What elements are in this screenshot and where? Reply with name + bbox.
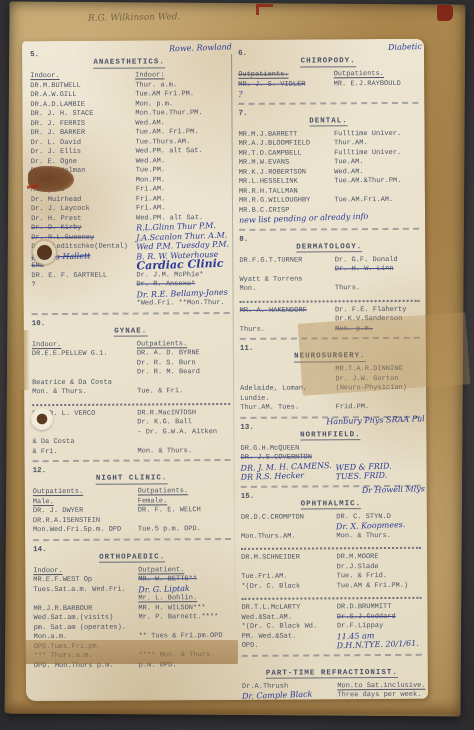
- roster-row: DR R.S. HeckerTUES. FRID.: [241, 472, 421, 483]
- time-cell: Outpatient.: [138, 565, 231, 575]
- section-header: 10.GYNAE.: [32, 318, 230, 337]
- section-number: 6.: [238, 50, 247, 58]
- roster-row: Mon.Wed.Fri.5p.m. OPDTue.5 p.m. OPD.: [33, 525, 231, 536]
- name-cell: DR.T.L.McLARTY: [241, 603, 336, 613]
- time-cell: [334, 186, 419, 196]
- name-cell: MR.L.HESSELINK: [239, 177, 334, 187]
- time-cell: D.H.N.TYE. 20/1/61.: [337, 639, 422, 651]
- name-cell: Outpatients.: [238, 70, 333, 80]
- roster-row: OPD.D.H.N.TYE. 20/1/61.: [242, 641, 422, 652]
- handwritten-note: Diabetic: [388, 42, 422, 52]
- roster-row: Mon. & Thurs.Tue. & Fri.: [32, 387, 230, 398]
- name-cell: MR.M.W.EVANS: [239, 158, 334, 168]
- time-cell: Thur.AM.: [334, 139, 419, 149]
- time-cell: DR. F. E. WELCH: [138, 506, 231, 516]
- handwritten-note: Dr Howell Mlys: [361, 484, 424, 495]
- photo-of-roster-document: { "meta": { "description": "Photograph o…: [0, 0, 474, 730]
- time-cell: Tue.AM.: [334, 158, 419, 168]
- time-cell: Dr. X. Koopmees.: [336, 520, 421, 532]
- column-divider-line: [231, 54, 236, 654]
- section-number: 15.: [241, 492, 255, 500]
- time-cell: [336, 443, 421, 453]
- cardboard-bottom-shadow: [10, 698, 460, 714]
- time-cell: Mr. L. Bohlin.: [138, 594, 231, 604]
- time-cell: Tue.AM.Fri.AM.: [334, 196, 419, 206]
- section-title: ORTHOPAEDIC.: [99, 553, 165, 563]
- time-cell: MR. H. WILSON***: [138, 603, 231, 613]
- time-cell: DR. A. D. BYRNE: [137, 349, 230, 359]
- time-cell: Cardiac Clinic: [136, 259, 229, 271]
- name-cell: *(Dr. C. Black: [241, 582, 336, 592]
- time-cell: Fri.AM.: [136, 185, 229, 195]
- section-title: ANAESTHETICS.: [93, 58, 165, 68]
- time-cell: [138, 622, 231, 632]
- time-cell: Female.: [138, 496, 231, 506]
- time-cell: Outpatients.: [137, 339, 230, 349]
- section-title: CHIROPODY.: [301, 57, 356, 67]
- time-cell: Mr. P. Barnett.****: [138, 613, 231, 623]
- section-title: OPHTHALMIC.: [301, 500, 362, 510]
- time-cell: Tue.5 p.m. OPD.: [138, 525, 231, 535]
- name-cell: ?: [238, 87, 334, 100]
- name-cell: MR.T.D.CAMPBELL: [239, 149, 334, 159]
- torn-edge: [20, 330, 30, 390]
- name-cell: MR.R.G.WILLOUGHBY: [239, 196, 334, 206]
- red-crop-mark-icon: [256, 4, 273, 15]
- roster-row: EMGCardiac Clinic: [31, 261, 229, 272]
- time-cell: Mon. p.m.: [135, 99, 228, 109]
- name-cell: OPD.: [242, 641, 337, 651]
- hole-punch-reinforced: [31, 408, 53, 430]
- section-header: 5.ANAESTHETICS.Rowe. Rowland: [30, 50, 228, 69]
- section-number: 14.: [33, 546, 47, 554]
- time-cell: [334, 89, 419, 99]
- time-cell: [335, 274, 420, 284]
- time-cell: Dr. K.G. Ball: [137, 418, 230, 428]
- name-cell: Lundie.: [240, 394, 335, 404]
- section-number: 8.: [239, 235, 248, 243]
- sticky-tape-patch: [298, 312, 471, 396]
- time-cell: Outpatients.: [334, 70, 419, 80]
- time-cell: Fulltime Univer.: [334, 129, 419, 139]
- roster-section: 10.GYNAE.Indoor.Outpatients.DR.E.E.PELLE…: [32, 318, 231, 462]
- section-header: 12.NIGHT CLINIC.: [33, 466, 231, 485]
- time-cell: Fri.AM.: [136, 204, 229, 214]
- time-cell: Tue.Thurs.AM.: [136, 137, 229, 147]
- time-cell: Mon.to Sat.inclusive.: [337, 681, 425, 691]
- name-cell: Mon.: [239, 284, 334, 294]
- time-cell: Thur. a.m.: [135, 80, 228, 90]
- name-cell: Tue.Fri.AM.: [241, 572, 336, 582]
- section-title: NORTHFIELD.: [300, 431, 361, 441]
- time-cell: [138, 515, 231, 525]
- time-cell: Tue.AM.&Thur.PM.: [334, 177, 419, 187]
- time-cell: [137, 437, 230, 447]
- time-cell: - Dr. G.W.A. Aitken: [137, 427, 230, 437]
- name-cell: DR.D.C.CROMPTON: [241, 513, 336, 523]
- time-cell: DR.M.MOORE: [337, 553, 422, 563]
- roster-column-left: 5.ANAESTHETICS.Rowe. RowlandIndoor.Indoo…: [30, 50, 232, 679]
- roster-row: *(Dr. C. BlackTue.AM & Fri.PM.): [241, 581, 421, 592]
- section-number: 11.: [240, 345, 254, 353]
- section-number: 5.: [30, 51, 39, 59]
- name-cell: PM. Wed.&Sat.: [242, 632, 337, 642]
- time-cell: Tue.AM & Fri.PM.): [337, 581, 422, 591]
- section-number: 7.: [238, 109, 247, 117]
- name-cell: MR.M.J.BARRETT: [239, 130, 334, 140]
- section-title: PART-TIME REFRACTIONIST.: [266, 668, 398, 678]
- name-cell: MR.R.H.TALLMAN: [239, 187, 334, 197]
- time-cell: Mon. & Thurs.: [137, 446, 230, 456]
- name-cell: [239, 265, 334, 275]
- time-cell: Outpatients.: [138, 487, 231, 497]
- hole-punch: [37, 245, 52, 260]
- roster-section: 15.OPHTHALMIC.Dr Howell MlysDR.D.C.CROMP…: [241, 491, 422, 656]
- roster-section: 7.DENTAL.MR.M.J.BARRETTFulltime Univer.M…: [238, 108, 419, 230]
- section-number: 12.: [33, 467, 47, 475]
- name-cell: [241, 522, 336, 532]
- name-cell: DR R.S. Hecker: [241, 470, 337, 483]
- name-cell: MR. A. HAKENDORF: [240, 306, 335, 316]
- time-cell: DR.D.BRUMMITT: [337, 603, 422, 613]
- name-cell: Mon. & Thurs.: [32, 388, 137, 398]
- time-cell: Tue.AM Fri.PM.: [135, 90, 228, 100]
- pencil-annotation: R.G. Wilkinson Wed.: [88, 12, 181, 24]
- name-cell: [32, 300, 137, 310]
- time-cell: Tue.PM.: [136, 166, 229, 176]
- dotted-separator: [241, 543, 421, 550]
- roster-row: ?: [238, 89, 418, 100]
- roster-row: new list pending or already info: [239, 215, 419, 226]
- section-title: NIGHT CLINIC.: [96, 474, 168, 484]
- name-cell: [241, 563, 336, 573]
- time-cell: Wed.AM.: [334, 167, 419, 177]
- roster-row: Thur.AM. Tues.Frid.PM.: [240, 403, 420, 414]
- time-cell: Dr. H. W. Linn: [335, 265, 420, 275]
- time-cell: *Wed.Fri. **Mon.Thur.: [137, 299, 230, 309]
- name-cell: Mon.Wed.Fri.5p.m. OPD: [33, 526, 138, 536]
- name-cell: *(Dr. C. Black Wd.: [242, 622, 337, 632]
- dotted-separator: [32, 398, 230, 405]
- sticky-tape-band: [24, 640, 238, 664]
- time-cell: Tue. & Fri.: [137, 387, 230, 397]
- time-cell: Wed.AM.: [136, 156, 229, 166]
- dotted-separator: [241, 593, 421, 600]
- roster-section: 12.NIGHT CLINIC.Outpatients.Outpatients.…: [33, 466, 231, 541]
- name-cell: & Fri.: [32, 447, 137, 457]
- name-cell: Thur.AM. Tues.: [240, 403, 335, 413]
- name-cell: Wed.&Sat.AM.: [241, 613, 336, 623]
- section-title: GYNAE.: [114, 327, 147, 337]
- name-cell: Mon.Thurs.AM.: [241, 532, 336, 542]
- handwritten-note: Rowe. Rowland: [169, 42, 232, 53]
- roster-row: *Wed.Fri. **Mon.Thur.: [32, 299, 230, 310]
- brown-stain: [28, 166, 74, 192]
- section-header: 6.CHIROPODY.Diabetic: [238, 49, 418, 68]
- section-header: 7.DENTAL.: [238, 108, 418, 127]
- section-title: DERMATOLOGY.: [296, 243, 362, 253]
- time-cell: [336, 393, 421, 403]
- name-cell: DR.G.H.McQUEEN: [240, 444, 335, 454]
- time-cell: Dr. F.E. Flaherty: [335, 305, 420, 315]
- name-cell: DR.M.SCHNEIDER: [241, 553, 336, 563]
- time-cell: Indoor:: [135, 71, 228, 81]
- roster-row: Mon.Thurs.: [239, 284, 419, 295]
- time-cell: Fulltime Univer.: [334, 148, 419, 158]
- time-cell: Frid.PM.: [336, 403, 421, 413]
- time-cell: Dr. R. M. Beard: [137, 368, 230, 378]
- time-cell: MR. E.J.RAYBOULD: [334, 79, 419, 89]
- red-stain-mark: [437, 5, 453, 21]
- time-cell: TUES. FRID.: [336, 470, 421, 482]
- time-cell: Tue. & Frid.: [337, 572, 422, 582]
- roster-row: & Fri.Mon. & Thurs.: [32, 446, 230, 457]
- roster-row: Mon.Thurs.AM.Mon. & Thurs.: [241, 531, 421, 542]
- time-cell: Thurs.: [335, 284, 420, 294]
- name-cell: MR.K.J.ROBERTSON: [239, 168, 334, 178]
- time-cell: Tue.AM. Fri.PM.: [135, 128, 228, 138]
- section-number: 13.: [240, 423, 254, 431]
- section-header: 15.OPHTHALMIC.Dr Howell Mlys: [241, 491, 421, 510]
- time-cell: Mon. & Thurs.: [336, 531, 421, 541]
- time-cell: [137, 377, 230, 387]
- time-cell: Dr. G.F. Donald: [335, 255, 420, 265]
- section-title: DENTAL.: [309, 117, 348, 127]
- time-cell: Mon.Tue.Thur.PM.: [135, 109, 228, 119]
- section-header: 14.ORTHOPAEDIC.: [33, 544, 231, 563]
- section-header: 8.DERMATOLOGY.: [239, 234, 419, 253]
- name-cell: MR.A.J.BLOOMFIELD: [239, 139, 334, 149]
- time-cell: Dr.S.J.Goddard: [337, 612, 422, 622]
- section-header: 13.NORTHFIELD.Hanbury Phys SRAA Pul: [240, 422, 420, 441]
- name-cell: DR.F.G.T.TURNER: [239, 256, 334, 266]
- section-header: PART-TIME REFRACTIONIST.: [242, 660, 422, 679]
- roster-section: 6.CHIROPODY.DiabeticOutpatients.Outpatie…: [238, 49, 418, 105]
- time-cell: DR.R.MacINTOSH: [137, 408, 230, 418]
- time-cell: Wed.PM. alt Sat.: [136, 147, 229, 157]
- time-cell: Dr. R. S. Burn: [137, 358, 230, 368]
- section-number: 10.: [32, 320, 46, 328]
- roster-section: 13.NORTHFIELD.Hanbury Phys SRAA PulDR.G.…: [240, 422, 420, 487]
- time-cell: Wed.AM.: [135, 118, 228, 128]
- time-cell: Mon.PM.: [136, 175, 229, 185]
- time-cell: Fri.AM.: [136, 194, 229, 204]
- time-cell: Dr.J.Slade: [337, 562, 422, 572]
- name-cell: Wyatt & Torrens: [239, 275, 334, 285]
- dotted-separator: [240, 295, 420, 302]
